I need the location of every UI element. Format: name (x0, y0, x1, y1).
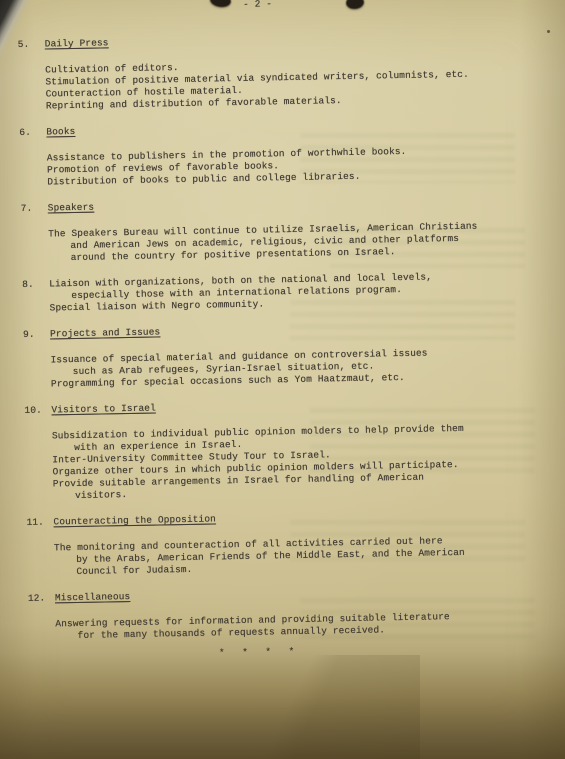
item-number: 7. (21, 202, 48, 214)
section-9-projects-and-issues: 9. Projects and Issues Issuance of speci… (23, 319, 564, 391)
section-heading: Daily Press (45, 37, 109, 50)
item-number: 6. (19, 126, 46, 138)
section-heading: Visitors to Israel (51, 403, 156, 417)
item-number: 12. (28, 592, 55, 604)
typed-page: - 2 - 5. Daily Press Cultivation of edit… (17, 0, 565, 663)
section-heading: Miscellaneous (55, 591, 131, 604)
section-heading: Books (46, 126, 75, 139)
separator-asterisks: * * * * (219, 641, 565, 659)
section-heading: Counteracting the Opposition (53, 513, 216, 528)
item-number: 10. (24, 404, 51, 416)
section-8-liaison: 8. Liaison with organizations, both on t… (22, 269, 563, 315)
photographed-document: - 2 - 5. Daily Press Cultivation of edit… (0, 0, 565, 759)
item-number: 9. (23, 328, 50, 340)
section-11-counteracting-the-opposition: 11. Counteracting the Opposition The mon… (26, 507, 565, 579)
section-5-daily-press: 5. Daily Press Cultivation of editors. S… (18, 29, 559, 113)
page-content: 5. Daily Press Cultivation of editors. S… (18, 29, 565, 663)
page-number: - 2 - (243, 0, 557, 11)
section-heading: Speakers (48, 202, 95, 215)
section-heading: Projects and Issues (50, 326, 160, 340)
item-number: 8. (22, 278, 49, 290)
section-12-miscellaneous: 12. Miscellaneous Answering requests for… (28, 583, 565, 643)
section-10-visitors-to-israel: 10. Visitors to Israel Subsidization to … (24, 395, 565, 503)
paper-speck (547, 30, 550, 33)
paper-fold-shadow (185, 655, 420, 759)
section-7-speakers: 7. Speakers The Speakers Bureau will con… (21, 193, 562, 265)
item-number: 5. (18, 38, 45, 50)
item-number: 11. (26, 516, 53, 528)
section-6-books: 6. Books Assistance to publishers in the… (19, 117, 560, 189)
